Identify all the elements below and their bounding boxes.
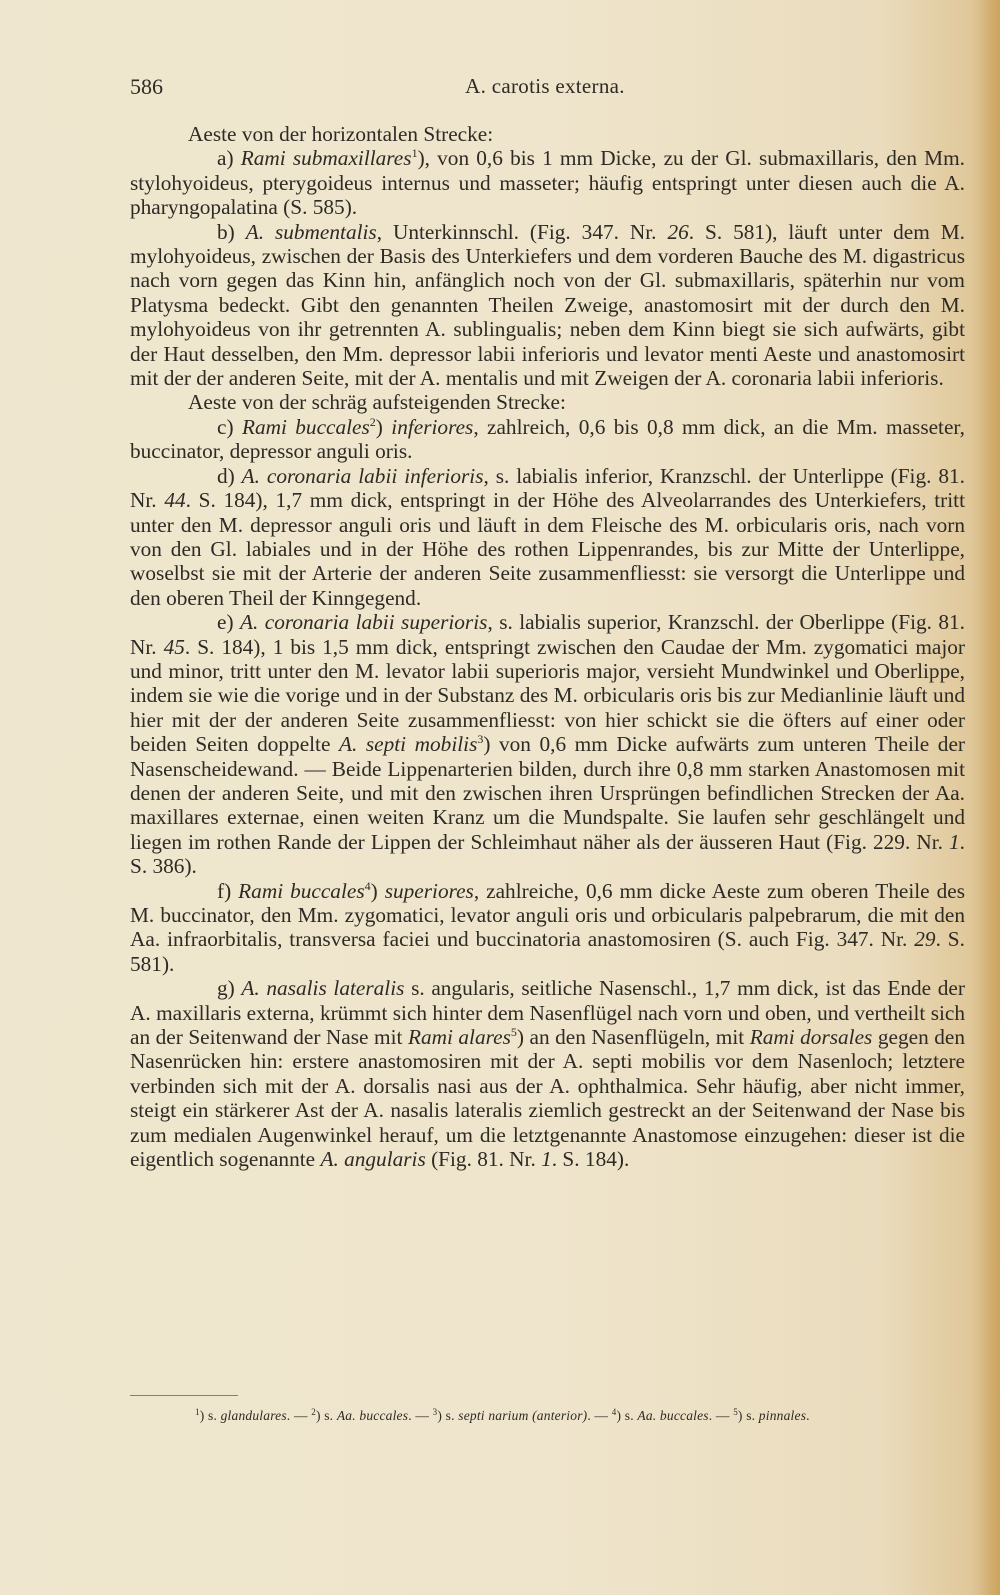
- footnote-marker: 4: [365, 879, 371, 893]
- footnote-1: 1) s. glandulares.: [195, 1408, 290, 1423]
- footnotes: 1) s. glandulares. — 2) s. Aa. buccales.…: [195, 1408, 975, 1424]
- page-header: 586 A. carotis externa.: [130, 74, 960, 104]
- italic-term: glandulares: [221, 1408, 287, 1423]
- italic-term: Rami alares: [408, 1025, 511, 1049]
- paragraph-c: c) Rami buccales2) inferiores, zahlreich…: [130, 415, 965, 464]
- footnote-rule: [130, 1395, 238, 1396]
- paragraph-a: a) Rami submaxillares1), von 0,6 bis 1 m…: [130, 146, 965, 219]
- italic-term: 45: [164, 635, 185, 659]
- italic-term: Aa. buccales: [637, 1408, 708, 1423]
- paragraph-f: f) Rami buccales4) superiores, zahlreich…: [130, 879, 965, 977]
- paragraph-heading-oblique: Aeste von der schräg aufsteigenden Strec…: [130, 390, 965, 414]
- italic-term: 1: [949, 830, 960, 854]
- footnote-5: 5) s. pinnales.: [733, 1408, 810, 1423]
- italic-term: A. submentalis: [246, 220, 377, 244]
- italic-term: A. coronaria labii inferioris: [242, 464, 484, 488]
- italic-term: Rami submaxillares: [241, 146, 412, 170]
- italic-term: 44: [164, 488, 185, 512]
- italic-term: Rami dorsales: [750, 1025, 873, 1049]
- running-head: A. carotis externa.: [130, 74, 960, 99]
- page-edge-shadow: [978, 0, 1000, 1595]
- italic-term: Aa. buccales: [337, 1408, 408, 1423]
- footnote-2: 2) s. Aa. buccales.: [311, 1408, 412, 1423]
- book-page: 586 A. carotis externa. Aeste von der ho…: [0, 0, 1000, 1595]
- italic-term: A. angularis: [320, 1147, 425, 1171]
- italic-term: 29: [914, 927, 935, 951]
- italic-term: superiores: [385, 879, 474, 903]
- italic-term: A. coronaria labii superioris: [240, 610, 487, 634]
- paragraph-b: b) A. submentalis, Unterkinnschl. (Fig. …: [130, 220, 965, 391]
- italic-term: 26: [667, 220, 688, 244]
- italic-term: septi narium (anterior): [458, 1408, 587, 1423]
- italic-term: A. septi mobilis: [339, 732, 477, 756]
- italic-term: inferiores: [391, 415, 473, 439]
- italic-term: pinnales: [759, 1408, 806, 1423]
- footnote-marker: 5: [511, 1025, 517, 1039]
- footnote-4: 4) s. Aa. buccales.: [612, 1408, 713, 1423]
- italic-term: Rami buccales: [242, 415, 370, 439]
- body-text: Aeste von der horizontalen Strecke:a) Ra…: [130, 122, 965, 1171]
- footnote-3: 3) s. septi narium (anterior).: [433, 1408, 591, 1423]
- italic-term: A. nasalis lateralis: [241, 976, 404, 1000]
- italic-term: Rami buccales: [238, 879, 364, 903]
- footnote-marker: 2: [370, 415, 376, 429]
- paragraph-d: d) A. coronaria labii inferioris, s. lab…: [130, 464, 965, 610]
- footnote-marker: 1: [412, 146, 418, 160]
- footnote-marker: 3: [477, 732, 483, 746]
- paragraph-g: g) A. nasalis lateralis s. angularis, se…: [130, 976, 965, 1171]
- paragraph-e: e) A. coronaria labii superioris, s. lab…: [130, 610, 965, 878]
- italic-term: 1: [541, 1147, 552, 1171]
- paragraph-heading-horizontal: Aeste von der horizontalen Strecke:: [130, 122, 965, 146]
